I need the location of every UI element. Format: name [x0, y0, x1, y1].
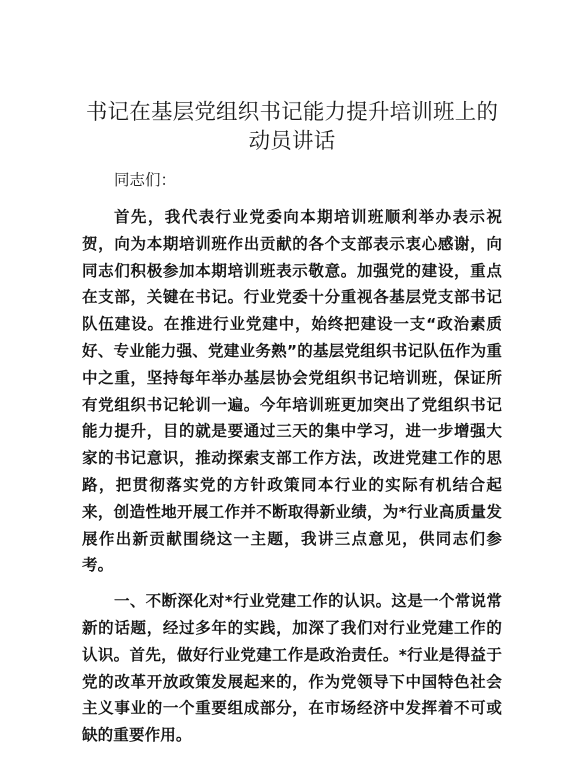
- salutation: 同志们：: [82, 167, 502, 194]
- document-page: 书记在基层党组织书记能力提升培训班上的动员讲话 同志们： 首先，我代表行业党委向…: [82, 98, 502, 758]
- paragraph-opening: 首先，我代表行业党委向本期培训班顺利举办表示祝贺，向为本期培训班作出贡献的各个支…: [82, 204, 502, 579]
- document-title: 书记在基层党组织书记能力提升培训班上的动员讲话: [82, 98, 502, 156]
- paragraph-section-one: 一、不断深化对*行业党建工作的认识。这是一个常说常新的话题，经过多年的实践，加深…: [82, 588, 502, 749]
